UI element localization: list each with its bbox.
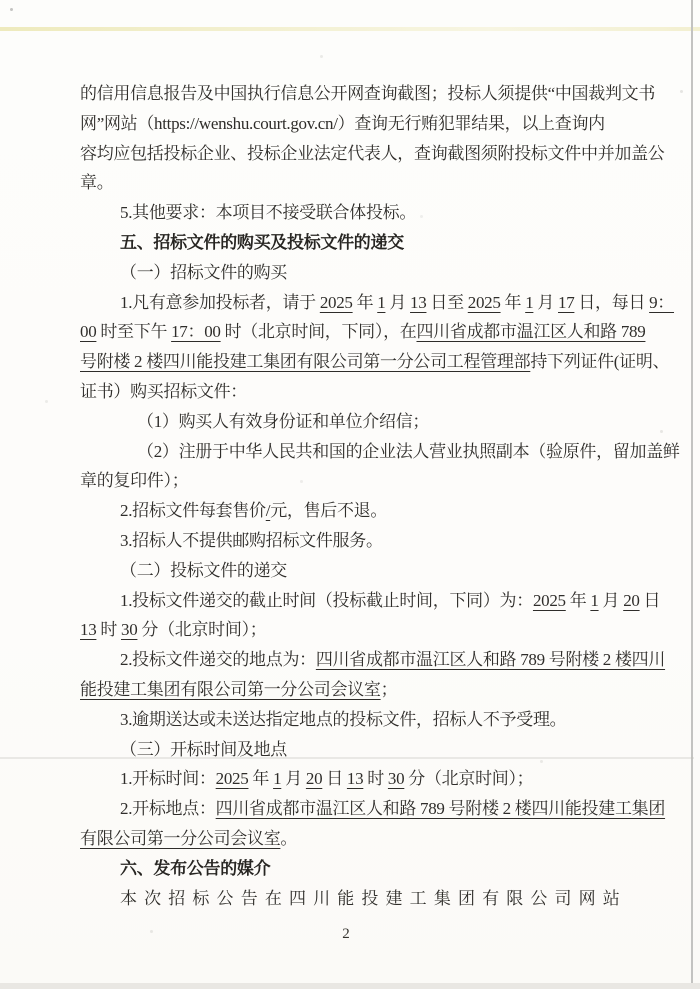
text-segment: 1.凡有意参加投标者，请于 [120, 293, 320, 312]
text-segment: 章。 [80, 173, 113, 192]
underlined-fill-in-text: 2025 [533, 591, 566, 610]
text-segment: 章的复印件）； [80, 471, 188, 490]
text-segment: 的信用信息报告及中国执行信息公开网查询截图；投标人须提供“中国裁判文书 [80, 84, 655, 103]
text-segment: 月 [385, 293, 410, 312]
submission-address-line-1: 2.投标文件递交的地点为：四川省成都市温江区人和路 789 号附楼 2 楼四川 [80, 645, 640, 675]
text-segment: （一）招标文件的购买 [120, 263, 287, 282]
text-segment: 时（北京时间，下同），在 [221, 322, 417, 341]
credit-info-line-4: 章。 [80, 168, 640, 198]
opening-address-line-2: 有限公司第一分公司会议室。 [80, 824, 640, 854]
subsection-1-heading: （一）招标文件的购买 [80, 258, 640, 288]
credit-info-line-1: 的信用信息报告及中国执行信息公开网查询截图；投标人须提供“中国裁判文书 [80, 79, 640, 109]
text-segment: （三）开标时间及地点 [120, 740, 287, 759]
text-segment: 日，每日 [574, 293, 649, 312]
document-body: 的信用信息报告及中国执行信息公开网查询截图；投标人须提供“中国裁判文书网”网站（… [80, 79, 640, 913]
text-segment: 月 [533, 293, 558, 312]
subsection-2-heading: （二）投标文件的递交 [80, 556, 640, 586]
purchase-time-line-2: 00 时至下午 17：00 时（北京时间，下同），在四川省成都市温江区人和路 7… [80, 317, 640, 347]
section-6-heading: 六、发布公告的媒介 [80, 854, 640, 884]
cert-item-2-line-2: 章的复印件）； [80, 466, 640, 496]
purchase-address-line: 号附楼 2 楼四川能投建工集团有限公司第一分公司工程管理部持下列证件(证明、 [80, 347, 640, 377]
text-segment: 1.投标文件递交的截止时间（投标截止时间，下同）为： [120, 591, 533, 610]
price-line: 2.招标文件每套售价/元，售后不退。 [80, 496, 640, 526]
opening-time-line: 1.开标时间：2025 年 1 月 20 日 13 时 30 分（北京时间）； [80, 764, 640, 794]
underlined-fill-in-text: 1 [590, 591, 598, 610]
text-segment: （二）投标文件的递交 [120, 561, 287, 580]
underlined-fill-in-text: 2025 [216, 769, 249, 788]
opening-address-line-1: 2.开标地点：四川省成都市温江区人和路 789 号附楼 2 楼四川能投建工集团 [80, 794, 640, 824]
cert-item-2-line-1: （2）注册于中华人民共和国的企业法人营业执照副本（验原件，留加盖鲜 [80, 437, 640, 467]
underlined-fill-in-text: 17：00 [171, 322, 221, 341]
text-segment: 分（北京时间）； [404, 769, 533, 788]
text-segment: 时至下午 [96, 322, 171, 341]
underlined-fill-in-text: 有限公司第一分公司会议室 [80, 829, 280, 848]
credit-info-line-3: 容均应包括投标企业、投标企业法定代表人，查询截图须附投标文件中并加盖公 [80, 139, 640, 169]
text-segment: 五、招标文件的购买及投标文件的递交 [120, 233, 404, 252]
other-requirements-line: 5.其他要求：本项目不接受联合体投标。 [80, 198, 640, 228]
text-segment: 时 [363, 769, 388, 788]
text-segment: 1.开标时间： [120, 769, 216, 788]
text-segment: 证书）购买招标文件： [80, 382, 247, 401]
scan-artifact-yellow-line [0, 27, 700, 31]
cert-item-1: （1）购买人有效身份证和单位介绍信； [80, 407, 640, 437]
underlined-fill-in-text: 13 [80, 620, 96, 639]
scan-artifact-right-edge [691, 0, 693, 989]
page-number: 2 [0, 924, 692, 944]
no-mail-order-line: 3.招标人不提供邮购招标文件服务。 [80, 526, 640, 556]
underlined-fill-in-text: 30 [388, 769, 404, 788]
scan-artifact-bottom-edge [0, 983, 700, 989]
section-5-heading: 五、招标文件的购买及投标文件的递交 [80, 228, 640, 258]
underlined-fill-in-text: 20 [306, 769, 322, 788]
underlined-fill-in-text: 13 [347, 769, 363, 788]
subsection-3-heading: （三）开标时间及地点 [80, 735, 640, 765]
underlined-fill-in-text: 四川省成都市温江区人和路 789 [416, 322, 645, 341]
text-segment: 分（北京时间）； [137, 620, 266, 639]
scanned-document-page: 的信用信息报告及中国执行信息公开网查询截图；投标人须提供“中国裁判文书网”网站（… [0, 0, 700, 989]
text-segment: （2）注册于中华人民共和国的企业法人营业执照副本（验原件，留加盖鲜 [137, 442, 680, 461]
underlined-fill-in-text: 能投建工集团有限公司第一分公司会议室 [80, 680, 381, 699]
text-segment: 3.逾期送达或未送达指定地点的投标文件，招标人不予受理。 [120, 710, 566, 729]
text-segment: 六、发布公告的媒介 [120, 859, 270, 878]
text-segment: 日至 [426, 293, 467, 312]
late-delivery-line: 3.逾期送达或未送达指定地点的投标文件，招标人不予受理。 [80, 705, 640, 735]
text-segment: 时 [96, 620, 121, 639]
underlined-fill-in-text: 00 [80, 322, 96, 341]
text-segment: 月 [281, 769, 306, 788]
text-segment: 本次招标公告在四川能投建工集团有限公司网站 [120, 889, 627, 908]
submission-address-line-2: 能投建工集团有限公司第一分公司会议室； [80, 675, 640, 705]
text-segment: 持下列证件(证明、 [530, 352, 669, 371]
underlined-fill-in-text: 号附楼 2 楼四川能投建工集团有限公司第一分公司工程管理部 [80, 352, 530, 371]
text-segment: 2.开标地点： [120, 799, 216, 818]
underlined-fill-in-text: 2025 [320, 293, 353, 312]
underlined-fill-in-text: 9： [649, 293, 674, 312]
deadline-line-2: 13 时 30 分（北京时间）； [80, 615, 640, 645]
underlined-fill-in-text: 四川省成都市温江区人和路 789 号附楼 2 楼四川能投建工集团 [216, 799, 665, 818]
underlined-fill-in-text: 13 [410, 293, 426, 312]
purchase-time-line-1: 1.凡有意参加投标者，请于 2025 年 1 月 13 日至 2025 年 1 … [80, 288, 640, 318]
text-segment: 年 [248, 769, 273, 788]
text-segment: 2.投标文件递交的地点为： [120, 650, 316, 669]
text-segment: ； [381, 680, 398, 699]
text-segment: 3.招标人不提供邮购招标文件服务。 [120, 531, 383, 550]
scan-artifact-specks [10, 8, 13, 11]
underlined-fill-in-text: 30 [121, 620, 137, 639]
text-segment: 。 [280, 829, 297, 848]
text-segment: （1）购买人有效身份证和单位介绍信； [137, 412, 429, 431]
credit-info-line-2: 网”网站（https://wenshu.court.gov.cn/）查询无行贿犯… [80, 109, 640, 139]
text-segment: 日 [322, 769, 347, 788]
text-segment: 年 [353, 293, 378, 312]
purchase-cert-line: 证书）购买招标文件： [80, 377, 640, 407]
text-segment: 5.其他要求：本项目不接受联合体投标。 [120, 203, 416, 222]
text-segment: 网”网站（https://wenshu.court.gov.cn/）查询无行贿犯… [80, 114, 605, 133]
text-segment: 2.招标文件每套售价 [120, 501, 266, 520]
text-segment: 月 [599, 591, 624, 610]
announcement-media-line: 本次招标公告在四川能投建工集团有限公司网站 [80, 884, 640, 914]
text-segment: 容均应包括投标企业、投标企业法定代表人，查询截图须附投标文件中并加盖公 [80, 144, 665, 163]
text-segment: 年 [501, 293, 526, 312]
underlined-fill-in-text: 20 [623, 591, 639, 610]
underlined-fill-in-text: 17 [558, 293, 574, 312]
text-segment: 年 [566, 591, 591, 610]
text-segment: 元，售后不退。 [270, 501, 387, 520]
deadline-line-1: 1.投标文件递交的截止时间（投标截止时间，下同）为：2025 年 1 月 20 … [80, 586, 640, 616]
underlined-fill-in-text: 2025 [468, 293, 501, 312]
text-segment: 日 [640, 591, 661, 610]
underlined-fill-in-text: 四川省成都市温江区人和路 789 号附楼 2 楼四川 [316, 650, 665, 669]
